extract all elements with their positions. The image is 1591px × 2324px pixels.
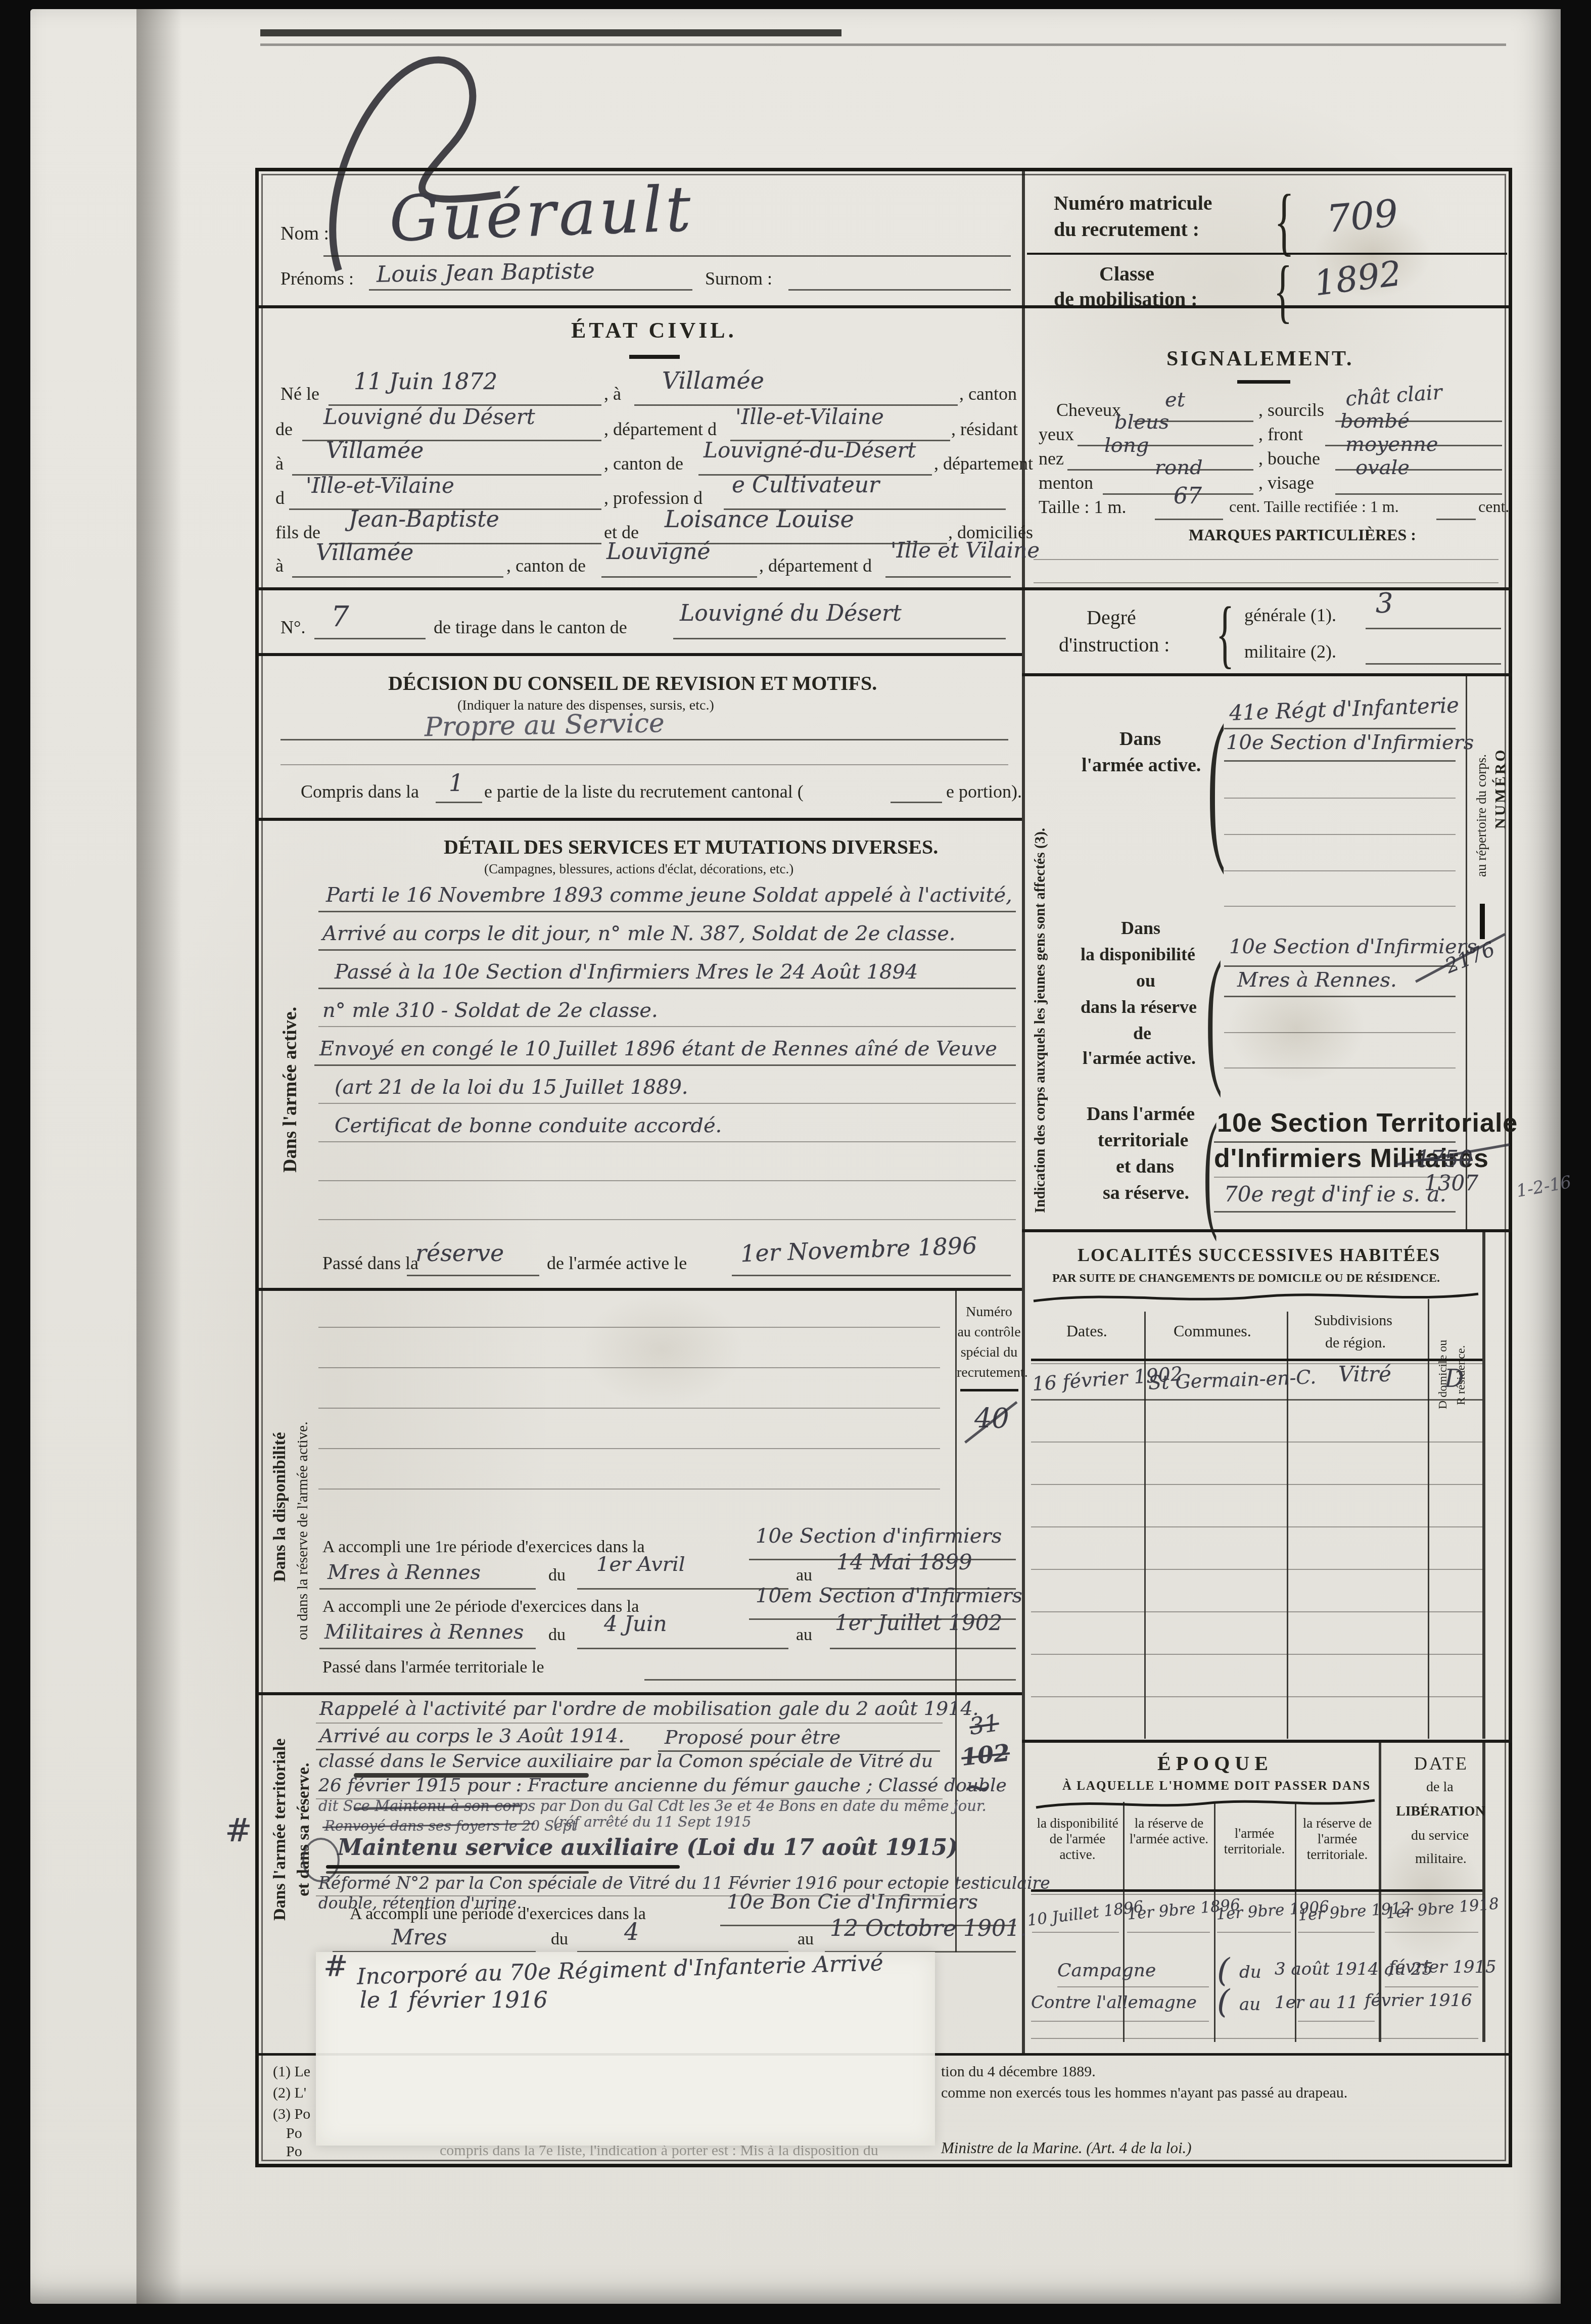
row-line — [1217, 1932, 1291, 1933]
brace-ornament — [1031, 1290, 1481, 1305]
terr-label: et dans — [1116, 1155, 1174, 1178]
corps-dispo-value-1: 10e Section d'Infirmiers — [1229, 935, 1477, 958]
fill-line — [369, 289, 692, 291]
etat-civil-title: ÉTAT CIVIL. — [571, 317, 737, 343]
sourcils-label: , sourcils — [1258, 399, 1324, 421]
fill-line — [319, 1648, 536, 1649]
marques-label: MARQUES PARTICULIÈRES : — [1189, 526, 1416, 544]
periode1-unit-2: Mres à Rennes — [327, 1561, 481, 1584]
section-divider — [258, 305, 1510, 308]
menton-label: menton — [1039, 472, 1093, 493]
row-line — [1127, 1932, 1210, 1933]
row-line — [1385, 1932, 1478, 1933]
contre-allemagne-dates-2: février 1916 — [1365, 1990, 1472, 2011]
controle-rule — [960, 1389, 1018, 1391]
localite-subdivision: Vitré — [1338, 1362, 1391, 1386]
passe-reserve-label-2: de l'armée active le — [547, 1252, 687, 1274]
brace-glyph: ( — [1217, 1983, 1230, 2021]
empty-line — [318, 1367, 940, 1368]
du-label: du — [548, 1566, 566, 1585]
instruction-label-2: d'instruction : — [1059, 633, 1169, 657]
territorial-entry-maintenu: Maintenu service auxiliaire (Loi du 17 a… — [338, 1835, 958, 1861]
footnote-fragment-2: comme non exercés tous les hommes n'ayan… — [941, 2084, 1347, 2102]
cent-label: cent. — [1478, 497, 1509, 516]
dispo-label: ou — [1136, 970, 1155, 991]
empty-line — [1224, 906, 1456, 907]
slip-text-line-2: le 1 février 1916 — [360, 1987, 547, 2013]
taille-rectifiee-label: cent. Taille rectifiée : 1 m. — [1229, 497, 1399, 516]
classe-label: Classe — [1099, 262, 1154, 286]
departement-res-value: 'Ille-et-Vilaine — [306, 473, 454, 498]
periode1-start: 1er Avril — [596, 1553, 685, 1576]
side-label-armee-active: Dans l'armée active. — [279, 1007, 301, 1173]
campagne-dates-2: février 1915 — [1389, 1957, 1496, 1977]
compris-label: Compris dans la — [301, 781, 419, 802]
section-divider — [258, 1692, 1022, 1695]
table-header-rule — [1031, 1359, 1482, 1361]
brace-glyph: { — [1216, 590, 1234, 677]
fils-de-label: fils de — [275, 522, 320, 543]
corps-active-value-2: 10e Section d'Infirmiers — [1226, 731, 1474, 754]
epoque-subtitle: À LAQUELLE L'HOMME DOIT PASSER DANS — [1062, 1779, 1371, 1793]
empty-line — [1031, 1696, 1482, 1697]
service-entry: Arrivé au corps le dit jour, n° mle N. 3… — [322, 922, 956, 945]
campagne-label: Campagne — [1057, 1960, 1156, 1981]
empty-line — [318, 1327, 940, 1328]
footnote-stub-5: Po — [286, 2143, 302, 2160]
service-entry: Parti le 16 Novembre 1893 comme jeune So… — [326, 884, 1012, 907]
dispo-label: la disponibilité — [1081, 944, 1195, 965]
row-line — [1031, 2021, 1209, 2022]
contre-allemagne-label: Contre l'allemagne — [1031, 1992, 1197, 2013]
au-label: au — [796, 1625, 812, 1645]
row-line — [1298, 1932, 1375, 1933]
empty-line — [1031, 1654, 1482, 1655]
fill-line — [314, 1064, 1016, 1066]
fill-line — [318, 988, 1016, 989]
residence-value: Villamée — [326, 438, 424, 463]
signalement-title: SIGNALEMENT. — [1166, 347, 1353, 371]
fill-line — [319, 1588, 536, 1590]
canton-de-label: , canton de — [506, 555, 586, 576]
footnote-stub-3: (3) Po — [273, 2106, 310, 2123]
a-label: , à — [604, 383, 621, 404]
matricule-value: 709 — [1325, 192, 1400, 241]
taille-label: Taille : 1 m. — [1039, 496, 1126, 518]
scanned-register-page: Nom : Guérault Prénoms : Louis Jean Bapt… — [0, 0, 1591, 2324]
cheveux-label: Cheveux — [1056, 399, 1121, 421]
empty-line — [1034, 559, 1499, 560]
fill-line — [316, 1723, 943, 1724]
heavy-underline — [326, 1865, 680, 1869]
empty-line — [318, 1489, 940, 1490]
fill-line — [644, 1679, 1016, 1681]
fill-line — [318, 1103, 1016, 1104]
au-label: au — [796, 1566, 812, 1585]
empty-line — [318, 1448, 940, 1449]
fill-line — [323, 255, 1011, 257]
fill-line — [1335, 493, 1502, 495]
prenoms-label: Prénoms : — [280, 268, 354, 289]
decision-value: Propre au Service — [425, 708, 665, 742]
section-divider — [1022, 587, 1512, 590]
controle-header: spécial du — [957, 1344, 1021, 1361]
instruction-label: Degré — [1087, 606, 1136, 629]
service-entry: Certificat de bonne conduite accordé. — [335, 1114, 722, 1137]
fill-line — [1214, 1211, 1456, 1213]
row-line — [1032, 1932, 1119, 1933]
empty-line — [1224, 834, 1456, 835]
birthplace-value: Villamée — [662, 367, 764, 394]
instruction-militaire-label: militaire (2). — [1244, 641, 1336, 662]
matricule-label: Numéro matricule — [1054, 191, 1212, 215]
table-edge-line — [1482, 1741, 1485, 2042]
departement-value: 'Ille-et-Vilaine — [735, 404, 884, 429]
epoque-col-header-4: la réserve de l'armée territoriale. — [1298, 1816, 1377, 1863]
margin-squiggle: ~ — [963, 1767, 993, 1808]
brace-glyph: { — [1274, 250, 1292, 332]
fill-line — [1224, 760, 1456, 762]
visage-label: , visage — [1258, 472, 1314, 493]
territorial-entry: Proposé pour être — [665, 1726, 840, 1748]
nez-label: nez — [1039, 448, 1064, 469]
numero-tirage-label: N°. — [280, 617, 305, 638]
footnote-marine: Ministre de la Marine. (Art. 4 de la loi… — [941, 2139, 1192, 2157]
section-divider — [1022, 673, 1512, 676]
fill-line — [280, 764, 1008, 765]
matricule-label: du recrutement : — [1054, 217, 1199, 241]
yeux-value: bleus — [1114, 410, 1169, 434]
nom-value: Guérault — [388, 173, 695, 256]
epoque-col-header-1: la disponibilité de l'armée active. — [1035, 1816, 1120, 1863]
canton-de-label: , canton de — [604, 453, 683, 474]
terr-handwritten-corps: 70e regt d'inf ie s. a. — [1224, 1182, 1446, 1206]
cheveux-value: et — [1165, 388, 1185, 411]
periode2-end: 1er Juillet 1902 — [835, 1610, 1002, 1635]
fill-line — [891, 802, 942, 803]
side-label-numero: NUMÉRO — [1492, 748, 1509, 829]
prenoms-value: Louis Jean Baptiste — [377, 258, 595, 288]
dispo-label: dans la réserve — [1081, 996, 1197, 1017]
fill-line — [732, 1275, 1011, 1276]
empty-line — [1031, 1484, 1482, 1485]
side-label-disponibilite-2: ou dans la réserve de l'armée active. — [294, 1421, 311, 1640]
footnote-stub-1: (1) Le — [273, 2063, 310, 2080]
margin-number-31: 31 — [968, 1709, 1001, 1740]
periode-terr-end: 12 Octobre 1901. — [830, 1916, 1027, 1941]
side-label-territoriale: Dans l'armée territoriale — [270, 1738, 290, 1921]
terr-stamp-line-1: 10e Section Territoriale — [1217, 1108, 1518, 1138]
contre-allemagne-dates: 1er au 11 — [1275, 1992, 1358, 2013]
brace-glyph: ( — [1207, 687, 1225, 879]
services-title: DÉTAIL DES SERVICES ET MUTATIONS DIVERSE… — [444, 835, 938, 859]
corps-dispo-value-2: Mres à Rennes. — [1237, 968, 1397, 992]
empty-line — [1224, 798, 1456, 799]
passe-territoriale-label: Passé dans l'armée territoriale le — [322, 1658, 544, 1677]
armee-active-label: Dans — [1119, 728, 1161, 750]
tirage-canton-value: Louvigné du Désert — [680, 600, 902, 626]
fill-line — [1366, 663, 1501, 665]
territorial-entry: Rappelé à l'activité par l'ordre de mobi… — [319, 1697, 979, 1719]
controle-header: Numéro — [957, 1304, 1021, 1320]
canton-label: , canton — [959, 383, 1017, 404]
fill-line — [318, 911, 1016, 912]
section-divider — [258, 587, 1022, 590]
fill-line — [280, 739, 1008, 740]
epoque-title: ÉPOQUE — [1157, 1751, 1273, 1775]
side-label-indication-corps: Indication des corps auxquels les jeunes… — [1032, 828, 1049, 1213]
nom-label: Nom : — [280, 222, 329, 245]
tirage-text: de tirage dans le canton de — [434, 617, 627, 638]
localite-dr-flag: D — [1444, 1365, 1464, 1393]
epoque-col-header-2: la réserve de l'armée active. — [1127, 1816, 1211, 1847]
empty-line — [318, 1408, 940, 1409]
service-entry: n° mle 310 - Soldat de 2e classe. — [322, 999, 658, 1022]
fill-line — [1436, 519, 1476, 520]
controle-header: au contrôle — [957, 1324, 1021, 1340]
departement-label: , département d — [759, 555, 872, 576]
side-label-repertoire: au répertoire du corps. — [1474, 754, 1489, 877]
numero-tirage-value: 7 — [331, 600, 349, 633]
periode-terr-label: A accompli une période d'exercices dans … — [350, 1904, 646, 1924]
decision-title: DÉCISION DU CONSEIL DE REVISION ET MOTIF… — [388, 671, 877, 695]
controle-header: recrutement. — [957, 1365, 1021, 1381]
territorial-entry: (réf arrêté du 11 Sept 1915 — [553, 1814, 751, 1830]
fill-line — [1224, 965, 1456, 967]
mother-value: Loisance Louise — [665, 505, 854, 533]
front-label: , front — [1258, 424, 1303, 445]
footnote-fragment-1: tion du 4 décembre 1889. — [941, 2063, 1096, 2080]
empty-line — [1224, 870, 1456, 871]
instruction-generale-value: 3 — [1376, 587, 1393, 619]
date-liberation-header: de la — [1426, 1779, 1454, 1795]
section-divider — [1022, 1740, 1512, 1743]
compris-value: 1 — [449, 769, 463, 797]
terr-label: territoriale — [1098, 1129, 1188, 1151]
col-subdivisions-2: de région. — [1325, 1334, 1386, 1352]
col-subdivisions: Subdivisions — [1314, 1312, 1392, 1329]
empty-line — [318, 1180, 1016, 1181]
passe-reserve-value: réserve — [415, 1239, 504, 1267]
du-label: du — [551, 1930, 568, 1949]
section-divider — [258, 818, 1022, 821]
periode1-unit: 10e Section d'infirmiers — [756, 1524, 1002, 1548]
periode-terr-unit-2: Mres — [392, 1925, 447, 1949]
parents-commune-value: Villamée — [316, 540, 413, 566]
d-label: d — [275, 487, 285, 508]
section-divider — [258, 653, 1022, 656]
periode-terr-unit: 10e Bon Cie d'Infirmiers — [727, 1890, 978, 1914]
epoque-col-header-3: l'armée territoriale. — [1217, 1826, 1292, 1857]
title-dash — [1237, 380, 1290, 384]
date-liberation-header: du service — [1411, 1828, 1469, 1844]
visage-value: ovale — [1355, 456, 1410, 479]
empty-line — [1034, 582, 1499, 583]
services-subtitle: (Campagnes, blessures, actions d'éclat, … — [484, 861, 793, 877]
dispo-label: Dans — [1121, 917, 1160, 939]
fill-line — [318, 949, 1016, 951]
row-line — [1385, 1986, 1478, 1987]
row-divider — [1027, 253, 1507, 255]
territorial-entry: classé dans le Service auxiliaire par la… — [318, 1751, 933, 1772]
date-liberation-header: militaire. — [1415, 1851, 1467, 1867]
col-dates: Dates. — [1066, 1322, 1107, 1340]
footnote-stub-2: (2) L' — [273, 2084, 306, 2102]
margin-hash-mark: # — [225, 1812, 252, 1849]
section-divider — [1022, 1229, 1512, 1232]
departement-label: , département d — [604, 419, 717, 440]
parents-canton-value: Louvigné — [606, 539, 711, 565]
service-entry: (art 21 de la loi du 15 Juillet 1889. — [335, 1076, 688, 1099]
bouche-value: moyenne — [1345, 433, 1438, 456]
terr-label: Dans l'armée — [1087, 1103, 1195, 1125]
table-edge-line — [1482, 1231, 1485, 1739]
brace-ornament — [1034, 1797, 1377, 1810]
compris-label-3: e portion). — [946, 781, 1022, 802]
dispo-label: de — [1133, 1022, 1151, 1044]
table-header-rule — [1031, 1889, 1482, 1892]
service-entry: Envoyé en congé le 10 Juillet 1896 étant… — [319, 1037, 997, 1060]
table-column-line — [1428, 1299, 1429, 1739]
instruction-generale-label: générale (1). — [1244, 605, 1336, 626]
compris-label-2: e partie de la liste du recrutement cant… — [484, 781, 804, 802]
periode2-start: 4 Juin — [604, 1611, 667, 1636]
binding-shadow — [136, 9, 182, 2304]
profession-value: e Cultivateur — [732, 472, 879, 498]
residant-label: , résidant — [951, 419, 1018, 440]
row-line — [1031, 1399, 1482, 1401]
fill-line — [885, 576, 1011, 578]
empty-line — [1224, 1032, 1456, 1033]
territorial-entry: Arrivé au corps le 3 Août 1914. — [319, 1725, 624, 1747]
footnote-stub-4: Po — [286, 2125, 302, 2142]
fill-line — [1214, 1141, 1456, 1143]
fill-line — [601, 576, 757, 578]
table-header-rule — [1031, 1363, 1482, 1364]
dispo-label: l'armée active. — [1083, 1047, 1196, 1068]
fill-line — [318, 1026, 1016, 1027]
fill-line — [314, 638, 426, 639]
empty-line — [1031, 2038, 1478, 2039]
fill-line — [292, 576, 503, 578]
date-liberation-header: LIBÉRATION — [1396, 1803, 1485, 1820]
fill-line — [1214, 1177, 1456, 1178]
terr-number: 1307 — [1424, 1171, 1478, 1195]
empty-line — [1031, 1442, 1482, 1443]
fill-line — [1366, 628, 1501, 629]
localites-title: LOCALITÉS SUCCESSIVES HABITÉES — [1078, 1244, 1440, 1266]
front-value: bombé — [1340, 409, 1410, 433]
parents-departement-value: 'Ille et Vilaine — [891, 538, 1040, 563]
territorial-entry: 26 février 1915 pour : Fracture ancienne… — [318, 1775, 1007, 1796]
birthdate-value: 11 Juin 1872 — [354, 369, 497, 395]
au-label: au — [798, 1930, 814, 1949]
bouche-label: , bouche — [1258, 448, 1320, 469]
localites-subtitle: PAR SUITE DE CHANGEMENTS DE DOMICILE OU … — [1052, 1272, 1440, 1285]
fill-line — [318, 1141, 1016, 1142]
nez-value: long — [1104, 434, 1149, 457]
empty-line — [1224, 1067, 1456, 1068]
fill-line — [788, 289, 1011, 291]
fill-line — [1155, 519, 1223, 520]
title-dash — [629, 355, 680, 359]
fill-line — [830, 1648, 1016, 1649]
passe-reserve-label: Passé dans la — [322, 1252, 418, 1274]
surnom-label: Surnom : — [705, 268, 772, 289]
fill-line — [1224, 728, 1456, 729]
empty-line — [318, 1219, 1016, 1220]
father-value: Jean-Baptiste — [349, 506, 499, 532]
page-edge-mark — [260, 29, 841, 36]
table-column-line — [1214, 1802, 1215, 2042]
row-line — [1298, 2021, 1375, 2022]
side-label-disponibilite: Dans la disponibilité — [270, 1432, 290, 1582]
service-entry: Passé à la 10e Section d'Infirmiers Mres… — [335, 960, 918, 984]
taille-value: 67 — [1174, 483, 1202, 509]
fill-line — [577, 1648, 788, 1649]
fill-line — [1224, 996, 1456, 997]
date-liberation-header: DATE — [1414, 1753, 1469, 1774]
fill-line — [316, 1749, 629, 1750]
departement-label: , département — [934, 453, 1033, 474]
empty-line — [1031, 1569, 1482, 1570]
periode1-end: 14 Mai 1899 — [836, 1550, 972, 1574]
fill-line — [407, 1275, 539, 1276]
contre-allemagne-au: au — [1239, 1994, 1260, 2015]
campagne-du: du — [1239, 1962, 1261, 1982]
a-label: à — [275, 453, 284, 474]
du-label: du — [548, 1625, 566, 1645]
periode2-unit: 10em Section d'Infirmiers — [756, 1584, 1022, 1607]
table-header-rule — [1031, 1894, 1482, 1895]
brace-glyph: ( — [1206, 927, 1222, 1102]
row-line — [1057, 1986, 1209, 1987]
menton-value: rond — [1155, 456, 1203, 479]
de-label: de — [275, 419, 293, 440]
terr-label: sa réserve. — [1103, 1182, 1189, 1204]
yeux-label: yeux — [1039, 424, 1074, 445]
fill-line — [673, 638, 1006, 639]
empty-line — [1031, 1526, 1482, 1527]
periode2-label: A accompli une 2e période d'exercices da… — [322, 1597, 639, 1616]
col-communes: Communes. — [1174, 1322, 1251, 1340]
ne-le-label: Né le — [280, 383, 319, 404]
column-tick — [1480, 904, 1485, 939]
canton-res-value: Louvigné-du-Désert — [704, 438, 916, 462]
periode2-unit-2: Militaires à Rennes — [324, 1620, 524, 1644]
empty-line — [1031, 1611, 1482, 1612]
fill-line — [436, 802, 482, 803]
canton-value: Louvigné du Désert — [323, 404, 535, 429]
periode-terr-start: 4 — [624, 1918, 639, 1945]
armee-active-label-2: l'armée active. — [1082, 754, 1201, 776]
slip-hash-mark: # — [323, 1949, 348, 1983]
a-label: à — [275, 555, 284, 576]
section-divider — [258, 1288, 1022, 1291]
